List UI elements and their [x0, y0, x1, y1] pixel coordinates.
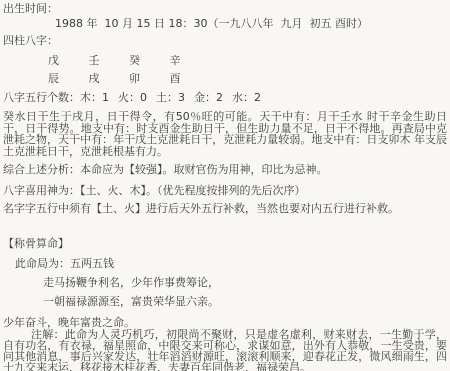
earthly-branches-row: 辰 戌 卯 酉: [48, 73, 447, 84]
day-master-analysis-paragraph: 癸水日干生于戌月，日干得令，有50％旺的可能。天干中有：月干壬水 时干辛金生助日…: [3, 111, 447, 157]
year-branch: 辰: [48, 73, 85, 84]
naming-advice-line: 名字字五行中须有【土、火】进行后天外五行补救，当然也要对内五行进行补救。: [3, 203, 447, 214]
heavenly-stems-row: 戊 壬 癸 辛: [48, 55, 447, 66]
analysis-summary-line: 综合上述分析：本命应为【较强】。取财官伤为用神，印比为忌神。: [3, 164, 447, 175]
bone-annotation-paragraph: 注解：此命为人灵巧机巧，初限尚不聚财，只是虚名虚利，财来财去，一生勤于学，自有功…: [3, 329, 447, 371]
month-branch: 戌: [89, 73, 126, 84]
five-elements-count-line: 八字五行个数：木：1火：0土：3金：2水：2: [3, 92, 447, 103]
year-stem: 戊: [48, 55, 85, 66]
earth-count: 土：3: [156, 92, 185, 103]
month-stem: 壬: [89, 55, 126, 66]
fire-count: 火：0: [118, 92, 147, 103]
bone-life-summary-line: 少年奋斗，晚年富贵之命。: [3, 317, 447, 328]
metal-count: 金：2: [194, 92, 223, 103]
four-pillars-label: 四柱八字：: [3, 35, 447, 46]
bone-weight-section-title: 【称骨算命】: [3, 238, 447, 249]
water-count: 水：2: [232, 92, 261, 103]
five-elements-label: 八字五行个数：: [3, 91, 80, 104]
birth-time-label: 出生时间：: [3, 3, 447, 14]
bone-verse-line-1: 走马扬鞭争利名，少年作事费筹论，: [43, 277, 447, 288]
day-stem: 癸: [129, 55, 166, 66]
hour-branch: 酉: [170, 73, 207, 84]
hour-stem: 辛: [170, 55, 207, 66]
bone-verse-line-2: 一朝福禄源源至，富贵荣华显六亲。: [43, 296, 447, 307]
bazi-report: 出生时间： 1988 年 10 月 15 日 18：30（一九八八年 九月 初五…: [0, 0, 450, 371]
birth-time-value: 1988 年 10 月 15 日 18：30（一九八八年 九月 初五 酉时）: [55, 18, 447, 29]
favorable-elements-line: 八字喜用神为：【土、火、木】。（优先程度按排列的先后次序）: [3, 185, 447, 196]
wood-count: 木：1: [80, 92, 109, 103]
bone-weight-result-line: 此命局为：五两五钱: [15, 258, 447, 269]
day-branch: 卯: [129, 73, 166, 84]
